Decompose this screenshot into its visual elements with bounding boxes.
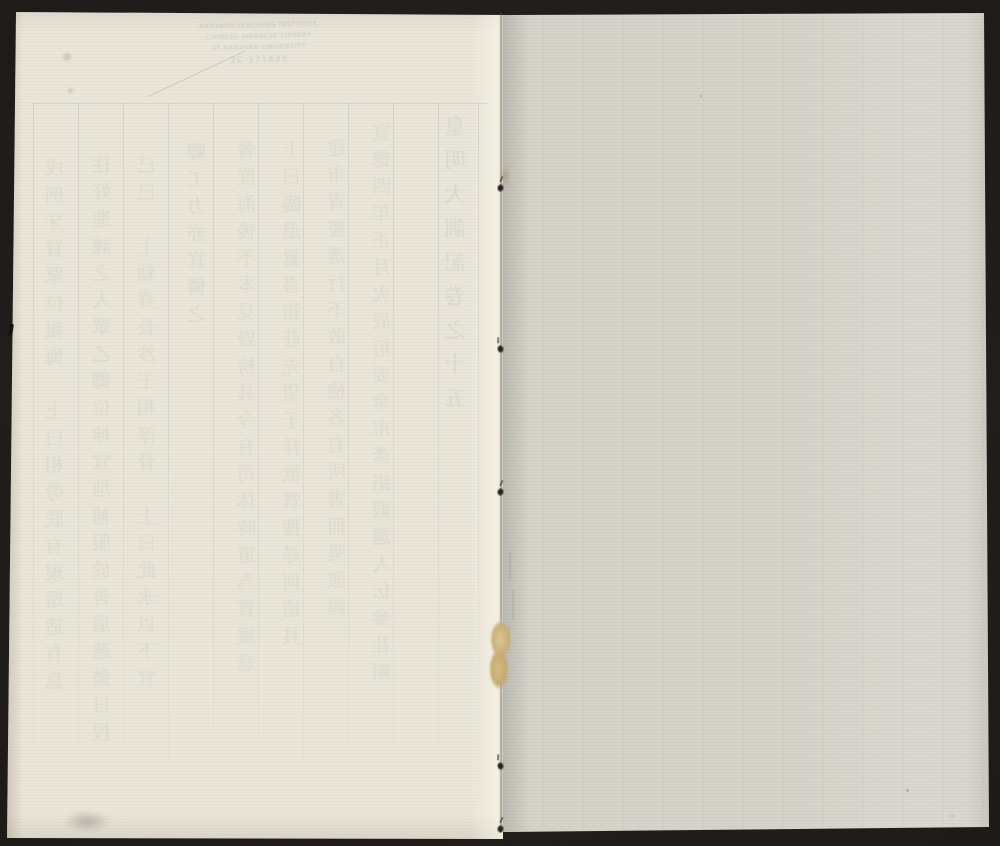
show-through-column: 上曰臨還囂喜箱莊先望子祥欲賞搜尋何造具 — [284, 140, 303, 653]
photo-backdrop: 皇明大訓記卷之十五宣德四年正月火辰衍要傘市彥絹緞選人伝參社順建市青慶選行不敢自檢… — [0, 0, 1000, 846]
column-rule — [168, 103, 169, 839]
stitch-knot — [494, 821, 507, 837]
page-smudge — [53, 804, 121, 836]
gutter-crease — [499, 13, 503, 832]
show-through-column: 皇明大訓記卷之十五 — [446, 115, 467, 421]
show-through-column: 往好進諫之人眾乙卿位坤宜地補服於善道遞皷日授 — [94, 155, 113, 749]
show-through-column: 戌例牙買眾位報悔 上曰相勞朕有現環适有息 — [47, 158, 66, 698]
paper-speck — [906, 789, 909, 792]
show-through-column: 建市青慶選行不敢自檢各有所書冊獎激鍚 — [329, 138, 348, 624]
show-through-column: 已巳 上勑齊長沙王相淳骨 上曰此永以下宜 — [139, 155, 158, 695]
paper-speck — [700, 95, 702, 97]
column-rule — [123, 103, 124, 839]
stitch-knot — [494, 180, 507, 196]
show-through-column: 卿工力亦宜憐之 — [189, 142, 208, 331]
stamp-number: 2C 171839 — [181, 51, 337, 68]
right-page — [503, 13, 989, 832]
stitch-knot — [494, 484, 507, 500]
column-rule — [478, 103, 479, 839]
paper-spot — [68, 88, 73, 93]
library-stamp: HARVARD-YENCHING INSTITUTECHINESE-JAPANE… — [180, 18, 337, 68]
paper-speck — [951, 815, 953, 817]
show-through-column: 奢度海後不本見毀榜其今有司休時道為質縱意 — [239, 140, 258, 680]
paper-spot — [63, 53, 71, 61]
column-rule — [213, 103, 214, 839]
glue-stain — [486, 620, 514, 690]
column-rule — [78, 103, 79, 839]
show-through-column: 宣德四年正月火辰衍要傘市彥絹緞選人伝參社順 — [374, 122, 393, 689]
text-frame-top-rule — [31, 103, 488, 104]
column-rule — [438, 103, 439, 839]
gutter-wrinkle — [512, 590, 514, 620]
left-page: 皇明大訓記卷之十五宣德四年正月火辰衍要傘市彥絹緞選人伝參社順建市青慶選行不敢自檢… — [7, 12, 503, 839]
column-rule — [33, 103, 34, 839]
gutter-wrinkle — [509, 552, 511, 580]
